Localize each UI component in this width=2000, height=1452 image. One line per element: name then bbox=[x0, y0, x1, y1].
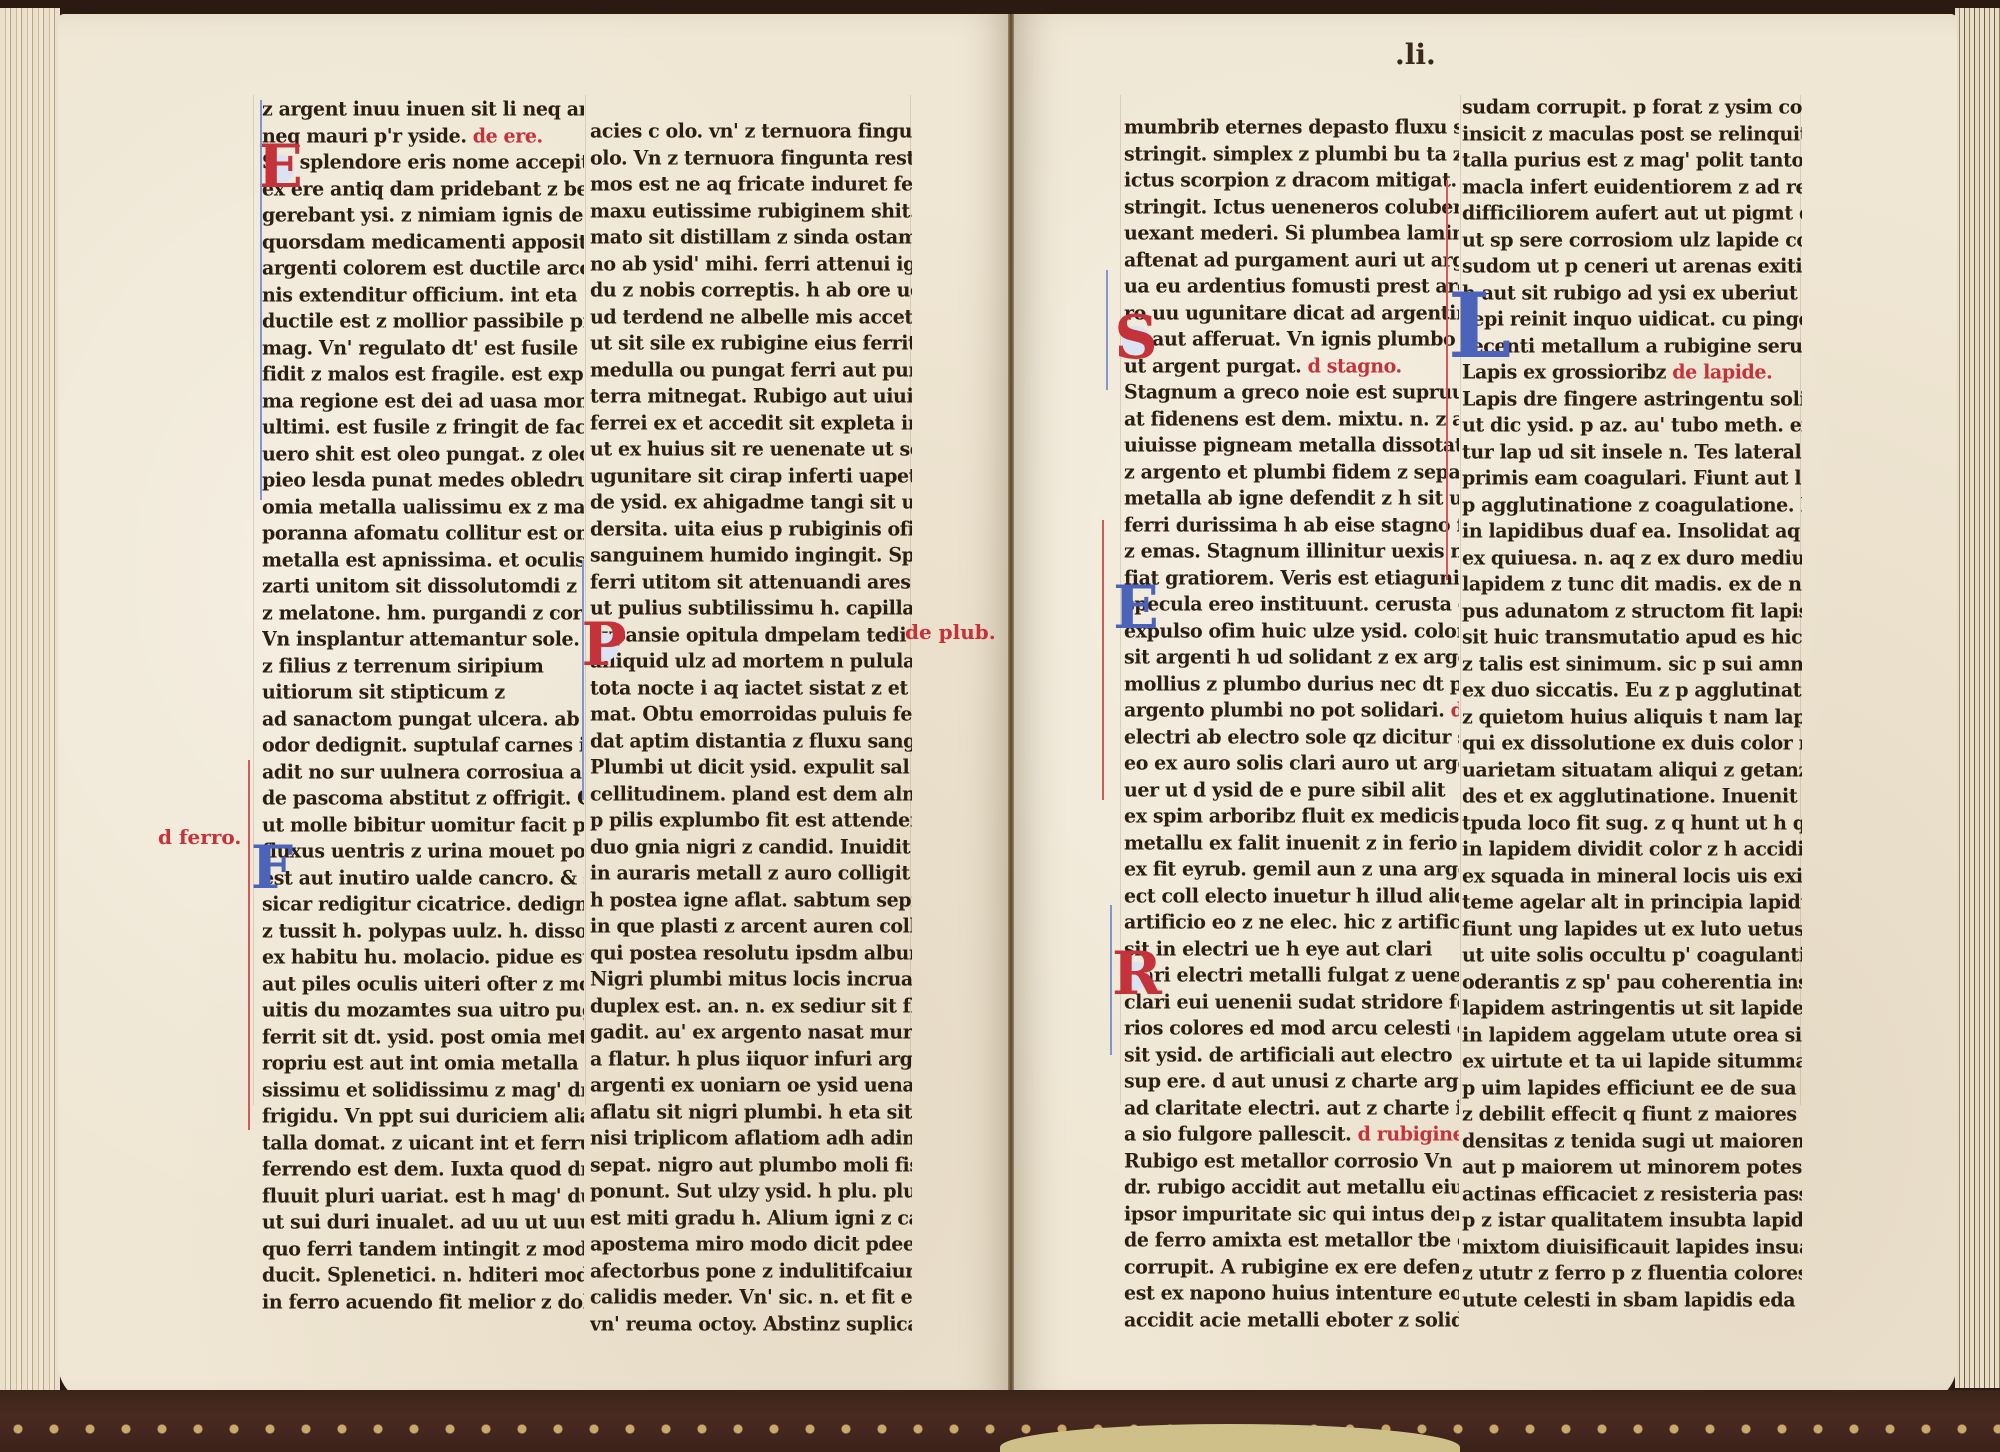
initial-letter: L bbox=[1448, 296, 1496, 396]
text-line: uero shit est oleo pungat. z oleo mi bbox=[262, 440, 584, 468]
text-line: z ututr z ferro p z fluentia colores et bbox=[1462, 1259, 1802, 1287]
text-line: aftenat ad purgament auri ut argent exig… bbox=[1124, 246, 1459, 274]
text-line: duplex est. an. n. ex sediur sit fluxit.… bbox=[590, 992, 912, 1020]
text-line: est miti gradu h. Alium igni z calidit bbox=[590, 1204, 912, 1232]
text-line: pus adunatom z structom fit lapis bbox=[1462, 597, 1802, 625]
text-line: alliquid ulz ad mortem n pululatu anda bbox=[590, 647, 912, 675]
text-line: Rubigo est metallor corrosio Vn a rodend… bbox=[1124, 1147, 1459, 1175]
text-line: acies c olo. vn' z ternuora fingunta res… bbox=[590, 117, 912, 145]
text-line: sissimu et solidissimu z mag' drostre. a… bbox=[262, 1076, 584, 1104]
text-line: sanguinem humido ingingit. Spuma bbox=[590, 541, 912, 569]
text-line: des et ex agglutinatione. Inuenit bbox=[1462, 782, 1802, 810]
text-line: densitas z tenida sugi ut maiorem bbox=[1462, 1127, 1802, 1155]
text-line: mat. Obtu emorroidas puluis ferrugine bbox=[590, 700, 912, 728]
text-line: tpuda loco fit sug. z q hunt ut h q uis bbox=[1462, 809, 1802, 837]
text-line: ut sit sile ex rubigine eius ferrit h ce… bbox=[590, 329, 912, 357]
text-line: ipsor impuritate sic qui intus derogat bbox=[1124, 1200, 1459, 1228]
text-line: specula ereo instituunt. cerusta quoq ex… bbox=[1124, 590, 1459, 618]
book-binding bbox=[0, 1390, 2000, 1452]
text-line: in ferro acuendo fit melior z dolimior bbox=[262, 1288, 584, 1316]
text-line: uer ut d ysid de e pure sibil alit bbox=[1124, 776, 1459, 804]
text-line: fluuit pluri uariat. est h mag' dur bbox=[262, 1182, 584, 1210]
text-line: insicit z maculas post se relinquit. Quo… bbox=[1462, 120, 1802, 148]
text-line: z argento et plumbi fidem z separ. alia … bbox=[1124, 458, 1459, 486]
initial-letter: R bbox=[1112, 944, 1160, 1008]
pen-flourish bbox=[1110, 905, 1112, 1055]
text-line: primis eam coagulari. Fiunt aut lapides bbox=[1462, 464, 1802, 492]
gutter bbox=[1008, 14, 1014, 1404]
text-line: mos est ne aq fricate induret ferri sagu… bbox=[590, 170, 912, 198]
text-line: argenti colorem est ductile arcomatum z … bbox=[262, 254, 584, 282]
text-line: ad claritate electri. aut z charte ingen… bbox=[1124, 1094, 1459, 1122]
text-line: ex quiuesa. n. aq z ex duro mediu ex de … bbox=[1462, 544, 1802, 572]
text-line: lapidem astringentis ut sit lapiders bbox=[1462, 994, 1802, 1022]
right-page-edges bbox=[1955, 8, 2000, 1388]
ruling-line bbox=[585, 95, 586, 1105]
text-line: ex spim arboribz fluit ex medicis alent bbox=[1124, 802, 1459, 830]
text-line: ducit. Splenetici. n. hditeri modi bbox=[262, 1261, 584, 1289]
left-column-2: acies c olo. vn' z ternuora fingunta res… bbox=[590, 118, 912, 1337]
text-line: p uim lapides efficiunt ee de sua fulte bbox=[1462, 1074, 1802, 1102]
text-line: omia metalla ualissimu ex z mairo bbox=[262, 493, 584, 521]
text-line: sup ere. d aut unusi z charte argen arge… bbox=[1124, 1067, 1459, 1095]
text-line: mixtom diuisificauit lapides insua na bbox=[1462, 1233, 1802, 1261]
text-line: ud terdend ne albelle mis acceto ut alum… bbox=[590, 303, 912, 331]
text-line: maxu eutissime rubiginem shit. On ada bbox=[590, 197, 912, 225]
text-line: ut argent purgat. d stagno. bbox=[1124, 352, 1459, 380]
text-line: Stagnum a greco noie est supruum z spars… bbox=[1124, 378, 1459, 406]
text-line: ua eu ardentius fomusti prest argentum z… bbox=[1124, 272, 1459, 300]
text-line: est ex napono huius intenture eo uneq bbox=[1124, 1279, 1459, 1307]
text-line: z tussit h. polypas uulz. h. dissolutom bbox=[262, 917, 584, 945]
text-line: ut uite solis occultu p' coagulanti z bbox=[1462, 941, 1802, 969]
text-line: adit no sur uulnera corrosiua ab ernie bbox=[262, 758, 584, 786]
text-line: ut molle bibitur uomitur facit ponde z n… bbox=[262, 811, 584, 839]
text-line: sudom ut p ceneri ut arenas exiti bbox=[1462, 252, 1802, 280]
text-line: z talis est sinimum. sic p sui amnitum bbox=[1462, 650, 1802, 678]
text-line: fidit z malos est fragile. est expans ac… bbox=[262, 360, 584, 388]
text-line: ex squada in mineral locis uis exis bbox=[1462, 862, 1802, 890]
text-line: talla domat. z uicant int et ferrum a bbox=[262, 1129, 584, 1157]
rubric: d electro. bbox=[1451, 698, 1459, 721]
text-line: expansie opitula dmpelam tedi puoer bbox=[590, 621, 912, 649]
text-line: ictus scorpion z dracom mitigat. Emoroid… bbox=[1124, 166, 1459, 194]
text-line: ultimi. est fusile z fringit de facili r… bbox=[262, 413, 584, 441]
text-line: dat aptim distantia z fluxu sanguis frin… bbox=[590, 727, 912, 755]
text-line: fiat gratiorem. Veris est etiagunis aris… bbox=[1124, 564, 1459, 592]
pen-flourish bbox=[1106, 270, 1108, 390]
text-line: ferri utitom sit attenuandi ares desicca… bbox=[590, 568, 912, 596]
text-line: ex duo siccatis. Eu z p agglutinatione bbox=[1462, 676, 1802, 704]
text-line: expulso ofim huic ulze ysid. colore nigr bbox=[1124, 617, 1459, 645]
pen-flourish bbox=[260, 100, 262, 500]
pen-flourish bbox=[1446, 180, 1448, 580]
text-line: in lapidem aggelam utute orea sin z lis … bbox=[1462, 1021, 1802, 1049]
text-line: stringit. simplex z plumbi bu ta z suppo… bbox=[1124, 140, 1459, 168]
text-line: clari electri metalli fulgat z uenenu bbox=[1124, 961, 1459, 989]
text-line: gadit. au' ex argento nasat muritat uete bbox=[590, 1018, 912, 1046]
text-line: Lapis ex grossioribz de lapide. bbox=[1462, 358, 1802, 386]
text-line: argento plumbi no pot solidari. d electr… bbox=[1124, 696, 1459, 724]
text-line: terra mitnegat. Rubigo aut uiuit rodit bbox=[590, 382, 912, 410]
text-line: afectorbus pone z indulitifcaiur frigme bbox=[590, 1257, 912, 1285]
text-line: gerebant ysi. z nimiam ignis decoctom et bbox=[262, 201, 584, 229]
margin-rubric: de plub. bbox=[905, 620, 996, 644]
text-line: in lapidibus duaf ea. Insolidat aq bbox=[1462, 517, 1802, 545]
text-line: macla infert euidentiorem z ad remotiod bbox=[1462, 173, 1802, 201]
text-line: electri ab electro sole qz dicitur sol e… bbox=[1124, 723, 1459, 751]
text-line: accidit acie metalli eboter z solidit eo bbox=[1124, 1306, 1459, 1334]
text-line: aut piles oculis uiteri ofter z mozet bbox=[262, 970, 584, 998]
text-line: ex habitu hu. molacio. pidue est deiecit bbox=[262, 943, 584, 971]
text-line: mag. Vn' regulato dt' est fusile q vu. s… bbox=[262, 334, 584, 362]
text-line: sit huic transmutatio apud es hic uetust… bbox=[1462, 623, 1802, 651]
text-line: qui ex dissolutione ex duis color recipi… bbox=[1462, 729, 1802, 757]
text-line: z quietom huius aliquis t nam lapid bbox=[1462, 703, 1802, 731]
text-line: de ysid. ex ahigadme tangi sit uuga acla… bbox=[590, 488, 912, 516]
text-line: duo gnia nigri z candid. Inuidit aut h p… bbox=[590, 833, 912, 861]
text-line: z melatone. hm. purgandi z corrodi bbox=[262, 599, 584, 627]
text-line: metalla est apnissima. et oculis z pului… bbox=[262, 546, 584, 574]
text-line: sudam corrupit. p forat z ysim compaunt bbox=[1462, 93, 1802, 121]
text-line: qui postea resolutu ipsdm album quantur bbox=[590, 939, 912, 967]
text-line: stringit. Ictus ueneneros coluber. Domin… bbox=[1124, 193, 1459, 221]
text-line: uarietam situatam aliqui z getanz lapi bbox=[1462, 756, 1802, 784]
text-line: fluxus uentris z urina mouet pon dum bbox=[262, 837, 584, 865]
text-line: recenti metallum a rubigine seruat. bbox=[1462, 332, 1802, 360]
rubric: de lapide. bbox=[1672, 360, 1772, 383]
text-line: de ferro amixta est metallor tbe de faci… bbox=[1124, 1226, 1459, 1254]
initial-letter: F bbox=[248, 838, 296, 902]
right-column-1: mumbrib eternes depasto fluxu sangiur bu… bbox=[1124, 114, 1459, 1333]
text-line: Nigri plumbi mitus locis incruat ouigo bbox=[590, 965, 912, 993]
text-line: uiuisse pigneam metalla dissotat z ab au… bbox=[1124, 431, 1459, 459]
text-line: ro aut afferuat. Vn ignis plumbo abluto … bbox=[1124, 325, 1459, 353]
text-line: tota nocte i aq iactet sistat z et uiole… bbox=[590, 674, 912, 702]
right-column-2: sudam corrupit. p forat z ysim compaunti… bbox=[1462, 94, 1802, 1313]
text-line: quorsdam medicamenti appositom p'stor ad bbox=[262, 228, 584, 256]
text-line: ut ex huius sit re uenenate ut se agmat bbox=[590, 435, 912, 463]
text-line: frigidu. Vn ppt sui duriciem alia me bbox=[262, 1102, 584, 1130]
text-line: sit argenti h ud solidant z ex argento n… bbox=[1124, 643, 1459, 671]
pen-flourish bbox=[248, 760, 250, 1130]
text-line: ut sp sere corrosiom ulz lapide collap bbox=[1462, 226, 1802, 254]
text-line: fiunt ung lapides ut ex luto uetuste bbox=[1462, 915, 1802, 943]
text-line: ut sui duri inualet. ad uu ut uuu in bbox=[262, 1208, 584, 1236]
ruling-line bbox=[253, 95, 254, 1105]
text-line: du z nobis correptis. h ab ore ud est st… bbox=[590, 276, 912, 304]
text-line: p pilis explumbo fit est attendenda. Ou … bbox=[590, 806, 912, 834]
text-line: ponunt. Sut ulzy ysid. h plu. plumb frig… bbox=[590, 1177, 912, 1205]
initial-letter: S bbox=[1112, 308, 1160, 372]
text-line: cellitudinem. pland est dem alntudo. n. … bbox=[590, 780, 912, 808]
pen-flourish bbox=[1102, 520, 1104, 800]
text-line: neq mauri p'r yside. de ere. bbox=[262, 122, 584, 150]
text-line: z debilit effecit q fiunt z maiores bbox=[1462, 1100, 1802, 1128]
text-line: Vn insplantur attemantur sole. bbox=[262, 625, 584, 653]
text-line: ex uirtute et ta ui lapide situmma z bbox=[1462, 1047, 1802, 1075]
ruling-line bbox=[1460, 95, 1461, 1105]
text-line: a flatur. h plus iiquor infuri argent bbox=[590, 1045, 912, 1073]
text-line: talla purius est z mag' polit tanto rubi… bbox=[1462, 146, 1802, 174]
text-line: nisi triplicom aflatiom adh adimium bbox=[590, 1124, 912, 1152]
text-line: olo. Vn z ternuora fingunta restringit c… bbox=[590, 144, 912, 172]
text-line: sicar redigitur cicatrice. dedignit. nar… bbox=[262, 890, 584, 918]
text-line: dersita. uita eius p rubiginis ofinatis … bbox=[590, 515, 912, 543]
text-line: nis extenditur officium. int eta gra eri… bbox=[262, 281, 584, 309]
text-line: Plumbi ut dicit ysid. expulit sal ad man… bbox=[590, 753, 912, 781]
text-line: at fidenens est dem. mixtu. n. z adurium… bbox=[1124, 405, 1459, 433]
text-line: actinas efficaciet z resisteria passiuaz bbox=[1462, 1180, 1802, 1208]
text-line: p agglutinatione z coagulatione. In soli… bbox=[1462, 491, 1802, 519]
text-line: sit in electri ue h eye aut clari bbox=[1124, 935, 1459, 963]
text-line: uitiorum sit stipticum z bbox=[262, 678, 584, 706]
text-line: metalla ab igne defendit z h sit ua eris… bbox=[1124, 484, 1459, 512]
text-line: mumbrib eternes depasto fluxu sangiur bu bbox=[1124, 113, 1459, 141]
text-line: ut pulius subtilissimu h. capillarom spl… bbox=[590, 594, 912, 622]
text-line: a sio fulgore pallescit. d rubigine. bbox=[1124, 1120, 1459, 1148]
text-line: clari eui uenenii sudat stridore fere ua bbox=[1124, 988, 1459, 1016]
text-line: ferrit sit dt. ysid. post omia metalla e… bbox=[262, 1023, 584, 1051]
text-line: ugunitare sit cirap inferti uapetu sinta… bbox=[590, 462, 912, 490]
text-line: quo ferri tandem intingit z modici bbox=[262, 1235, 584, 1263]
text-line: ma regione est dei ad uasa monstrha uu bbox=[262, 387, 584, 415]
text-line: ro uu ugunitare dicat ad argentim bbox=[1124, 299, 1459, 327]
text-line: utute celesti in sbam lapidis eda effici… bbox=[1462, 1286, 1802, 1314]
text-line: ex ere antiq dam pridebant z bellica arm… bbox=[262, 175, 584, 203]
text-line: rios colores ed mod arcu celesti emitt. bbox=[1124, 1014, 1459, 1042]
folio-number: .li. bbox=[1395, 38, 1436, 71]
text-line: in auraris metall z auro colligit z rein… bbox=[590, 859, 912, 887]
text-line: teme agelar alt in principia lapidu bbox=[1462, 888, 1802, 916]
text-line: lapidem z tunc dit madis. ex de nepo bbox=[1462, 570, 1802, 598]
text-line: z emas. Stagnum illinitur uexis nase sap… bbox=[1124, 537, 1459, 565]
text-line: ex fit eyrub. gemil aun z una argent. Ex bbox=[1124, 855, 1459, 883]
initial-letter: E bbox=[256, 137, 304, 201]
text-line: metallu ex falit inuenit z in ferio h. bbox=[1124, 829, 1459, 857]
text-line: calidis meder. Vn' sic. n. et fit est z … bbox=[590, 1283, 912, 1311]
text-line: uexant mederi. Si plumbea lamina duos ur bbox=[1124, 219, 1459, 247]
text-line: ferrei ex et accedit sit expleta inpurit… bbox=[590, 409, 912, 437]
text-line: apostema miro modo dicit pdee Inditu bbox=[590, 1230, 912, 1258]
text-line: oderantis z sp' pau coherentia insifit bbox=[1462, 968, 1802, 996]
text-line: de pascoma abstitut z offrigit. On nilo bbox=[262, 784, 584, 812]
text-line: poranna afomatu collitur est omia bbox=[262, 519, 584, 547]
text-line: ductile est z mollior passibile prolit z bbox=[262, 307, 584, 335]
text-line: in que plasti z arcent auren collignit bbox=[590, 912, 912, 940]
text-line: zarti unitom sit dissolutomdi z corrodi bbox=[262, 572, 584, 600]
text-line: difficiliorem aufert aut ut pigmt decoct… bbox=[1462, 199, 1802, 227]
text-line: h postea igne aflat. sabtum sepri lapide… bbox=[590, 886, 912, 914]
left-page-edges bbox=[0, 8, 60, 1408]
text-line: mollius z plumbo durius nec dt paci dici… bbox=[1124, 670, 1459, 698]
text-line: Lapis dre fingere astringentu solidat bbox=[1462, 385, 1802, 413]
text-line: artificio eo z ne elec. hic z artifice bbox=[1124, 908, 1459, 936]
text-line: no ab ysid' mihi. ferri attenui igni n i… bbox=[590, 250, 912, 278]
rubric: de ere. bbox=[473, 124, 543, 147]
text-line: ect coll electo inuetur h illud aliq sol… bbox=[1124, 882, 1459, 910]
rubric: d rubigine. bbox=[1358, 1122, 1459, 1145]
text-line: z filius z terrenum siripium bbox=[262, 652, 584, 680]
text-line: mato sit distillam z sinda ostam in bbox=[590, 223, 912, 251]
text-line: pieo lesda punat medes obledruar. H bbox=[262, 466, 584, 494]
text-line: odor dedignit. suptulaf carnes inutilem bbox=[262, 731, 584, 759]
text-line: argenti ex uoniarn oe ysid uena turisfe bbox=[590, 1071, 912, 1099]
text-line: aflatu sit nigri plumbi. h eta sit miyra… bbox=[590, 1098, 912, 1126]
text-line: eo ex auro solis clari auro ut argento n… bbox=[1124, 749, 1459, 777]
text-line: ferri durissima h ab eise stagno fiat in bbox=[1124, 511, 1459, 539]
text-line: ropriu est aut int omia metalla den bbox=[262, 1049, 584, 1077]
text-line: sepat. nigro aut plumbo moli fistule et bbox=[590, 1151, 912, 1179]
text-line: aut p maiorem ut minorem potest bbox=[1462, 1153, 1802, 1181]
text-line: sit ysid. de artificiali aut electro bbox=[1124, 1041, 1459, 1069]
pen-flourish bbox=[582, 560, 584, 800]
text-line: ferrendo est dem. Iuxta quod dre ysid bbox=[262, 1155, 584, 1183]
text-line: S a splendore eris nome accepit ut d' ys… bbox=[262, 148, 584, 176]
initial-letter: P bbox=[580, 615, 628, 679]
left-column-1: z argent inuu inuen sit li neq argentumn… bbox=[262, 96, 584, 1315]
text-line: corrupit. A rubigine ex ere defendit bbox=[1124, 1253, 1459, 1281]
text-line: vn' reuma octoy. Abstinz suplicas carnes bbox=[590, 1310, 912, 1338]
text-line: p z istar qualitatem insubta lapidu con bbox=[1462, 1206, 1802, 1234]
text-line: z argent inuu inuen sit li neq argentum bbox=[262, 95, 584, 123]
text-line: h aut sit rubigo ad ysi ex uberiut ad lo bbox=[1462, 279, 1802, 307]
text-line: sepi reinit inquo uidicat. cu pinge bbox=[1462, 305, 1802, 333]
text-line: est aut inutiro ualde cancro. & sit fere bbox=[262, 864, 584, 892]
text-line: medulla ou pungat ferri aut pung bbox=[590, 356, 912, 384]
text-line: ut dic ysid. p az. au' tubo meth. ex dla bbox=[1462, 411, 1802, 439]
rubric: d stagno. bbox=[1308, 354, 1402, 377]
initial-letter: E bbox=[1112, 578, 1160, 642]
binding-beading bbox=[0, 1424, 2000, 1434]
text-line: uitis du mozamtes sua uitro pugar bbox=[262, 996, 584, 1024]
text-line: ad sanactom pungat ulcera. ab alignis bbox=[262, 705, 584, 733]
margin-rubric: d ferro. bbox=[158, 825, 241, 849]
text-line: in lapidem dividit color z h accidit bbox=[1462, 835, 1802, 863]
text-line: dr. rubigo accidit aut metallu eius ex bbox=[1124, 1173, 1459, 1201]
text-line: tur lap ud sit insele n. Tes lateral ud bbox=[1462, 438, 1802, 466]
